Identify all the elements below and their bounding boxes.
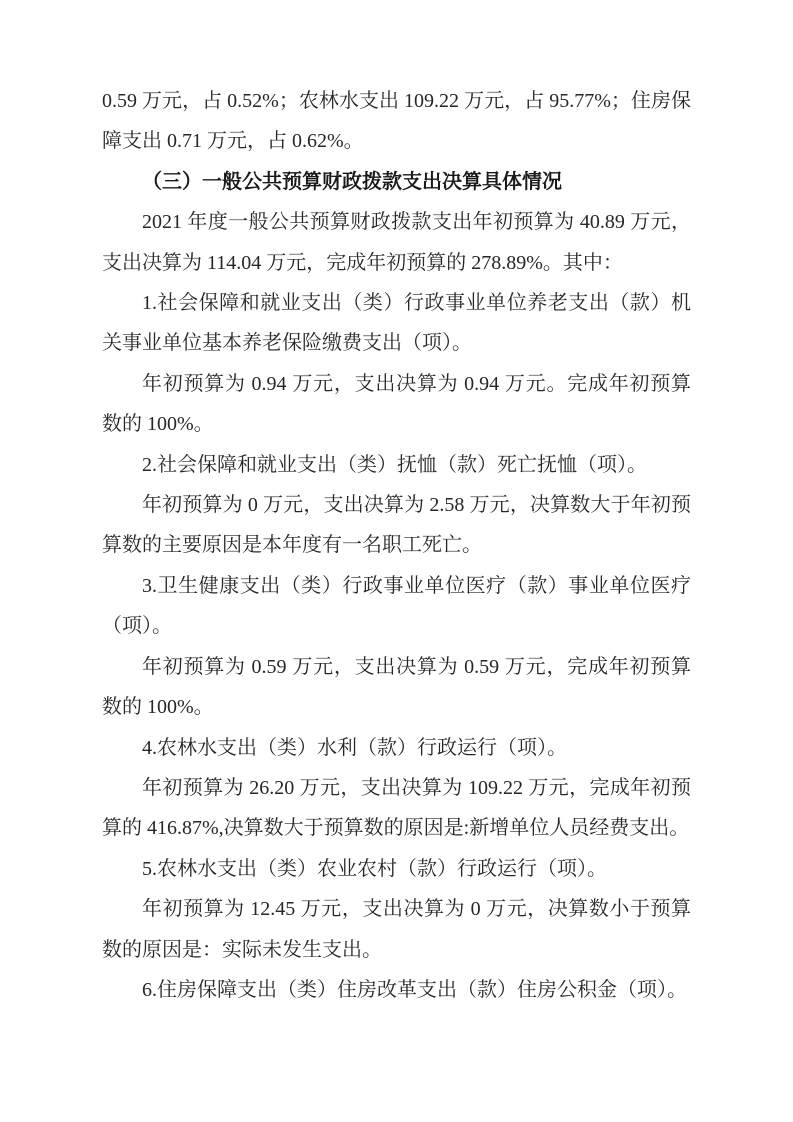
paragraph: 0.59 万元，占 0.52%；农林水支出 109.22 万元，占 95.77%… (102, 81, 691, 162)
paragraph: 年初预算为 12.45 万元，支出决算为 0 万元，决算数小于预算数的原因是：实… (102, 889, 691, 970)
paragraph: 年初预算为 0 万元，支出决算为 2.58 万元，决算数大于年初预算数的主要原因… (102, 485, 691, 566)
paragraph: 6.住房保障支出（类）住房改革支出（款）住房公积金（项）。 (102, 970, 691, 1010)
document-page: 0.59 万元，占 0.52%；农林水支出 109.22 万元，占 95.77%… (0, 0, 793, 1122)
paragraph: 年初预算为 0.59 万元，支出决算为 0.59 万元，完成年初预算数的 100… (102, 647, 691, 728)
paragraph: 1.社会保障和就业支出（类）行政事业单位养老支出（款）机关事业单位基本养老保险缴… (102, 283, 691, 364)
paragraph: 2021 年度一般公共预算财政拨款支出年初预算为 40.89 万元，支出决算为 … (102, 202, 691, 283)
paragraph: 4.农林水支出（类）水利（款）行政运行（项）。 (102, 728, 691, 768)
paragraph: 3.卫生健康支出（类）行政事业单位医疗（款）事业单位医疗（项）。 (102, 566, 691, 647)
paragraph: 年初预算为 26.20 万元，支出决算为 109.22 万元，完成年初预算的 4… (102, 768, 691, 849)
section-heading: （三）一般公共预算财政拨款支出决算具体情况 (102, 162, 691, 202)
document-body: 0.59 万元，占 0.52%；农林水支出 109.22 万元，占 95.77%… (102, 81, 691, 1010)
paragraph: 2.社会保障和就业支出（类）抚恤（款）死亡抚恤（项）。 (102, 445, 691, 485)
paragraph: 5.农林水支出（类）农业农村（款）行政运行（项）。 (102, 849, 691, 889)
paragraph: 年初预算为 0.94 万元，支出决算为 0.94 万元。完成年初预算数的 100… (102, 364, 691, 445)
